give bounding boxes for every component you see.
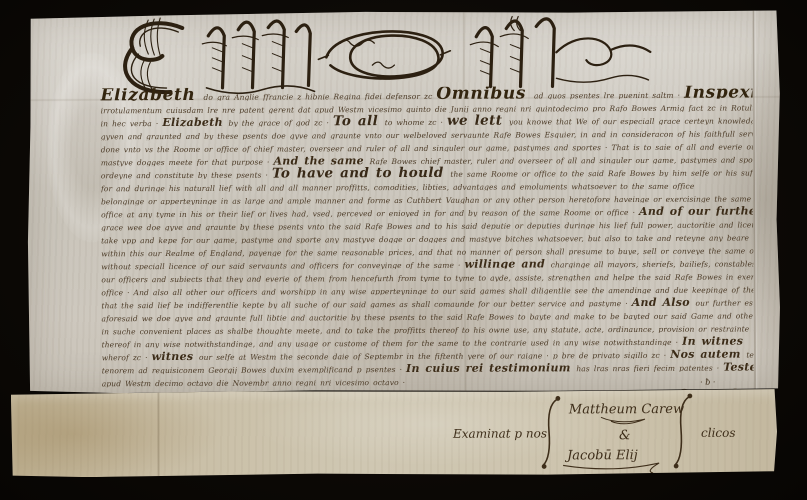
signature-matthew-carew: Mattheum Carew bbox=[568, 402, 684, 417]
emphasized-phrase: witnes bbox=[152, 350, 199, 361]
body-text: apud Westm decimo octavo die Novembr ann… bbox=[102, 378, 405, 387]
body-text: in hec verba · bbox=[101, 119, 163, 127]
ampersand: & bbox=[619, 428, 631, 443]
manuscript-text-block: Elizabeth do gra Anglie ffrancie z hibni… bbox=[101, 85, 754, 387]
emphasized-phrase: Elizabeth bbox=[162, 116, 228, 128]
examination-signature-block: Examinat p nos Mattheum Carew & Jacobū E… bbox=[451, 391, 751, 476]
plica-fold: Examinat p nos Mattheum Carew & Jacobū E… bbox=[11, 389, 777, 478]
body-text: wherof zc · bbox=[102, 353, 152, 361]
plica-crease bbox=[157, 391, 160, 477]
parchment-sheet: Elizabeth do gra Anglie ffrancie z hibni… bbox=[26, 9, 782, 394]
manuscript-line: apud Westm decimo octavo die Novembr ann… bbox=[102, 371, 754, 387]
signature-jacob-ellis: Jacobū Elij bbox=[564, 448, 638, 463]
examined-by-label: Examinat p nos bbox=[452, 426, 547, 440]
document-photo: Elizabeth do gra Anglie ffrancie z hibni… bbox=[0, 0, 807, 500]
emphasized-phrase: Elizabeth bbox=[101, 85, 204, 101]
clerk-mark: · ƀ · bbox=[678, 378, 738, 387]
clerks-label: clicos bbox=[701, 426, 736, 440]
emphasized-phrase: In cuius rei testimonium bbox=[406, 361, 576, 374]
